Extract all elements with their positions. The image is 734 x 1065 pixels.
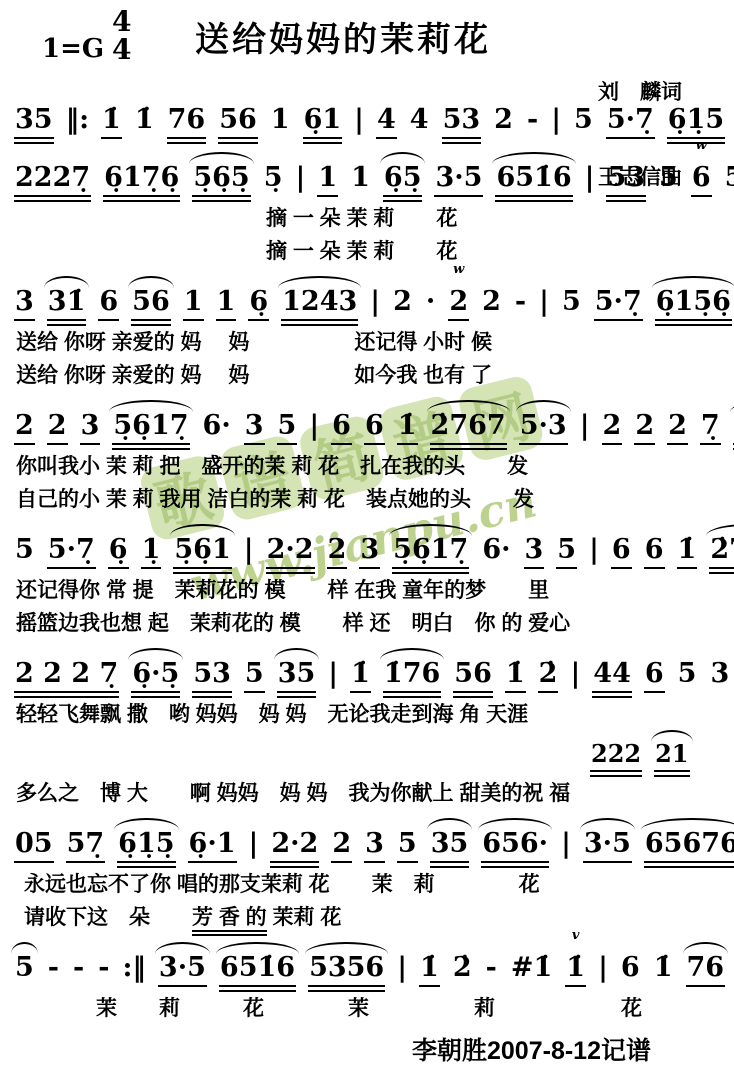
note-token: 3·5 bbox=[434, 163, 483, 197]
note-token: 5·7̣ bbox=[47, 535, 96, 569]
note-token: 2 bbox=[448, 287, 469, 321]
bar-line: | bbox=[397, 954, 407, 981]
notation-line: 55·7̣6̣1̣5̣6̣1|2·2235̣6̣17̣6·35|661̇2̇76… bbox=[8, 518, 734, 574]
note-token: 1̣ bbox=[141, 535, 162, 569]
lyric-line: 自己的小 茉 莉 我用 洁白的茉 莉 花 装点她的头 发 bbox=[8, 483, 734, 516]
note-token: 3 bbox=[14, 287, 35, 321]
note-token: 2 bbox=[634, 411, 655, 445]
lyric-line: 送给 你呀 亲爱的 妈 妈 如今我 也有 了 bbox=[8, 359, 734, 392]
note-token: 1 bbox=[270, 105, 291, 137]
note-token: - bbox=[514, 287, 527, 319]
note-token: 2 2 2 7̣ bbox=[14, 659, 119, 698]
note-token: 56 bbox=[131, 287, 171, 326]
notation-line: 5---:‖3·5651̇65356|1̇2̇-#1̇1̇|61̇766|1̇-… bbox=[8, 936, 734, 992]
time-signature-bottom: 4 bbox=[112, 36, 131, 64]
note-token: 1 bbox=[183, 287, 204, 321]
note-token: 3 bbox=[244, 411, 265, 445]
bar-line: | bbox=[551, 106, 561, 133]
note-token: 2227̣ bbox=[14, 163, 91, 202]
bar-line: | bbox=[589, 536, 599, 563]
note-token: 65676 bbox=[644, 829, 734, 868]
note-token: 5356 bbox=[308, 953, 385, 992]
note-token: 3 bbox=[364, 829, 385, 863]
note-token: 6 bbox=[644, 659, 665, 693]
note-token: 5 bbox=[277, 411, 298, 445]
note-token: 222 bbox=[590, 741, 642, 777]
bar-line: | bbox=[370, 288, 380, 315]
bar-line: | bbox=[570, 660, 580, 687]
music-system: 331̇656116̣1243|2·22-|55·7̣6̣15̣6̣1|送给 你… bbox=[8, 270, 734, 392]
note-token: 1̇ bbox=[505, 659, 526, 693]
note-token: 5̣ bbox=[263, 163, 284, 195]
note-token: 2·2 bbox=[270, 829, 319, 868]
note-token: 651̇6 bbox=[219, 953, 296, 992]
lyric-line: 轻轻飞舞飘 撒 哟 妈妈 妈 妈 无论我走到海 角 天涯 bbox=[8, 698, 734, 731]
note-token: 2 bbox=[392, 287, 413, 319]
note-token: 1243 bbox=[281, 287, 358, 326]
header: 1=G 4 4 送给妈妈的茉莉花 刘 麟词 王志信曲 bbox=[0, 0, 734, 88]
note-token: #1̇ bbox=[510, 953, 553, 985]
note-token: 4 bbox=[376, 105, 397, 139]
notation-line: 2235̣6̣17̣6·35|661̇2̇7675·3|2227̣6̣17̣6̣… bbox=[8, 394, 734, 450]
note-token: 35 bbox=[430, 829, 470, 868]
note-token: 5 bbox=[14, 535, 35, 567]
bar-line: | bbox=[585, 164, 595, 191]
lyric-line: 摇篮边我也想 起 茉莉花的 模 样 还 明白 你 的 爱心 bbox=[8, 607, 734, 640]
note-token: 35 bbox=[277, 659, 317, 698]
note-token: 2̇ bbox=[538, 659, 559, 693]
note-token: 6 bbox=[611, 535, 632, 569]
note-token: 3 bbox=[80, 411, 101, 445]
note-token: 7̣ bbox=[700, 411, 721, 445]
note-token: 5 bbox=[561, 287, 582, 319]
note-token: 3 bbox=[524, 535, 545, 569]
note-token: 1̇76 bbox=[383, 659, 441, 698]
bar-line: :‖ bbox=[122, 954, 145, 981]
note-token: - bbox=[47, 953, 60, 985]
lyric-line: 茉 莉 花 茉 莉 花 bbox=[8, 992, 734, 1025]
note-token: 5 bbox=[677, 659, 698, 691]
note-token: 6 bbox=[331, 411, 352, 445]
lyric-line: 还记得你 常 提 茉莉花的 模 样 在我 童年的梦 里 bbox=[8, 574, 734, 607]
sheet-music-page: 歌谱简谱网 www.jianpu.cn 1=G 4 4 送给妈妈的茉莉花 刘 麟… bbox=[0, 0, 734, 1065]
page-title: 送给妈妈的茉莉花 bbox=[195, 12, 491, 61]
note-token: 5·3 bbox=[519, 411, 568, 445]
bar-line: | bbox=[561, 830, 571, 857]
note-token: - bbox=[526, 105, 539, 137]
note-token: 35 bbox=[14, 105, 54, 144]
music-system: 55·7̣6̣1̣5̣6̣1|2·2235̣6̣17̣6·35|661̇2̇76… bbox=[8, 518, 734, 640]
note-token: 2 bbox=[14, 411, 35, 445]
key-signature: 1=G bbox=[42, 34, 104, 64]
note-token: 2 bbox=[47, 411, 68, 445]
time-signature: 4 4 bbox=[112, 8, 131, 64]
note-token: 5 bbox=[658, 163, 679, 195]
note-token: 53 bbox=[442, 105, 482, 144]
note-token: 6̣·5̣ bbox=[131, 659, 180, 698]
bar-line: | bbox=[354, 106, 364, 133]
underlined-lyric: 芳 香 的 bbox=[192, 906, 267, 936]
note-token: 2 bbox=[667, 411, 688, 445]
bar-line: | bbox=[539, 288, 549, 315]
note-token: 21 bbox=[654, 741, 689, 777]
note-token: 2̇767 bbox=[430, 411, 507, 450]
note-token: 3·5 bbox=[158, 953, 207, 987]
bar-line: | bbox=[309, 412, 319, 439]
note-token: 5 bbox=[244, 659, 265, 693]
note-token: 6 bbox=[620, 953, 641, 985]
bar-line: ‖: bbox=[66, 106, 89, 133]
note-token: 3·5 bbox=[583, 829, 632, 863]
note-token: 6· bbox=[481, 535, 511, 567]
note-token: - bbox=[97, 953, 110, 985]
note-token: 6̣1̣5̣ bbox=[117, 829, 175, 868]
note-token: 5̣6̣17̣ bbox=[112, 411, 189, 450]
music-system: 0557̣6̣1̣5̣6̣·1|2·223535656·|3·565676655… bbox=[8, 812, 734, 934]
bar-line: | bbox=[249, 830, 259, 857]
note-token: 1̇ bbox=[101, 105, 122, 139]
note-token: 4 bbox=[409, 105, 430, 137]
bar-line: | bbox=[598, 954, 608, 981]
note-token: 6̣5̣ bbox=[383, 163, 423, 202]
note-token: 56 bbox=[453, 659, 493, 698]
note-token: 6̣1 bbox=[303, 105, 343, 144]
note-token: 6̣17̣6̣ bbox=[103, 163, 180, 202]
note-token: 2 bbox=[602, 411, 623, 445]
note-token: 5 bbox=[397, 829, 418, 863]
notation-line: 0557̣6̣1̣5̣6̣·1|2·223535656·|3·565676655… bbox=[8, 812, 734, 868]
notation-line: 331̇656116̣1243|2·22-|55·7̣6̣15̣6̣1| bbox=[8, 270, 734, 326]
lyric-line: 你叫我小 茉 莉 把 盛开的茉 莉 花 扎在我的头 发 bbox=[8, 450, 734, 483]
note-token: 6̣·1 bbox=[188, 829, 237, 863]
note-token: 5 bbox=[14, 953, 35, 985]
note-token: 05 bbox=[14, 829, 54, 863]
note-token: 1̇ bbox=[397, 411, 418, 445]
notation-line: 2 2 2 7̣6̣·5̣53535|1̇1̇76561̇2̇|44653221… bbox=[8, 642, 734, 698]
extra-notation-line: 22221 bbox=[8, 731, 734, 777]
note-token: 1 bbox=[350, 163, 371, 195]
note-token: 1̇ bbox=[653, 953, 674, 985]
note-token: 76 bbox=[167, 105, 207, 144]
lyric-line: 送给 你呀 亲爱的 妈 妈 还记得 小时 候 bbox=[8, 326, 734, 359]
music-system: 5---:‖3·5651̇65356|1̇2̇-#1̇1̇|61̇766|1̇-… bbox=[8, 936, 734, 1025]
note-token: 1̇ bbox=[565, 953, 586, 987]
lyric-line: 请收下这 朵 芳 香 的 茉莉 花 bbox=[8, 901, 734, 934]
note-token: 6 bbox=[644, 535, 665, 569]
note-token: 2·2 bbox=[266, 535, 315, 574]
note-token: 31̇ bbox=[47, 287, 87, 326]
note-token: 656· bbox=[481, 829, 549, 868]
note-token: 5·7̣ bbox=[594, 287, 643, 321]
note-token: 6̣ bbox=[248, 287, 269, 321]
note-token: 1̇ bbox=[419, 953, 440, 987]
note-token: - bbox=[72, 953, 85, 985]
note-token: 1 bbox=[317, 163, 338, 197]
bar-line: | bbox=[244, 536, 254, 563]
note-token: 2̇767 bbox=[709, 535, 734, 574]
bar-line: | bbox=[580, 412, 590, 439]
note-token: 53 bbox=[192, 659, 232, 698]
note-token: 2 bbox=[481, 287, 502, 319]
music-system: 2235̣6̣17̣6·35|661̇2̇7675·3|2227̣6̣17̣6̣… bbox=[8, 394, 734, 516]
note-token: 5 bbox=[724, 163, 734, 195]
note-token: 6 bbox=[98, 287, 119, 321]
note-token: - bbox=[485, 953, 498, 985]
note-token: 5̣6̣5̣ bbox=[192, 163, 250, 202]
note-token: 57̣ bbox=[66, 829, 106, 863]
note-token: 44 bbox=[592, 659, 632, 698]
note-token: 6 bbox=[691, 163, 712, 197]
note-token: · bbox=[425, 287, 436, 319]
note-token: 3 bbox=[709, 659, 730, 691]
note-token: 6̣ bbox=[108, 535, 129, 569]
note-token: 53 bbox=[606, 163, 646, 202]
note-token: 6̣15̣6̣ bbox=[655, 287, 732, 326]
note-token: 5̣6̣1 bbox=[173, 535, 231, 574]
lyricist: 刘 麟词 bbox=[598, 79, 682, 107]
bar-line: | bbox=[295, 164, 305, 191]
note-token: 651̇6 bbox=[495, 163, 572, 202]
note-token: 1 bbox=[216, 287, 237, 321]
note-token: 1̇ bbox=[134, 105, 155, 137]
bar-line: | bbox=[328, 660, 338, 687]
music-system: 2 2 2 7̣6̣·5̣53535|1̇1̇76561̇2̇|44653221… bbox=[8, 642, 734, 810]
note-token: 2 bbox=[331, 829, 352, 863]
note-token: 2 bbox=[493, 105, 514, 137]
note-token: 3 bbox=[359, 535, 380, 569]
note-token: 6· bbox=[202, 411, 232, 443]
note-token: 76 bbox=[686, 953, 726, 987]
note-token: 1̇ bbox=[677, 535, 698, 569]
note-token: 5·7̣ bbox=[606, 105, 655, 139]
note-token: 6 bbox=[364, 411, 385, 445]
note-token: 5 bbox=[573, 105, 594, 137]
time-signature-top: 4 bbox=[112, 8, 131, 36]
note-token: 5̣6̣17̣ bbox=[392, 535, 469, 574]
note-token: 1̇ bbox=[350, 659, 371, 693]
note-token: 5 bbox=[556, 535, 577, 569]
note-token: 2̇ bbox=[452, 953, 473, 985]
note-token: 56 bbox=[218, 105, 258, 144]
lyric-line: 多么之 博 大 啊 妈妈 妈 妈 我为你献上 甜美的祝 福 bbox=[8, 777, 734, 810]
lyric-line: 永远也忘不了你 唱的那支茉莉 花 茉 莉 花 bbox=[8, 868, 734, 901]
note-token: 2 bbox=[327, 535, 348, 569]
transcriber-credit: 李朝胜2007-8-12记谱 bbox=[0, 1027, 734, 1065]
